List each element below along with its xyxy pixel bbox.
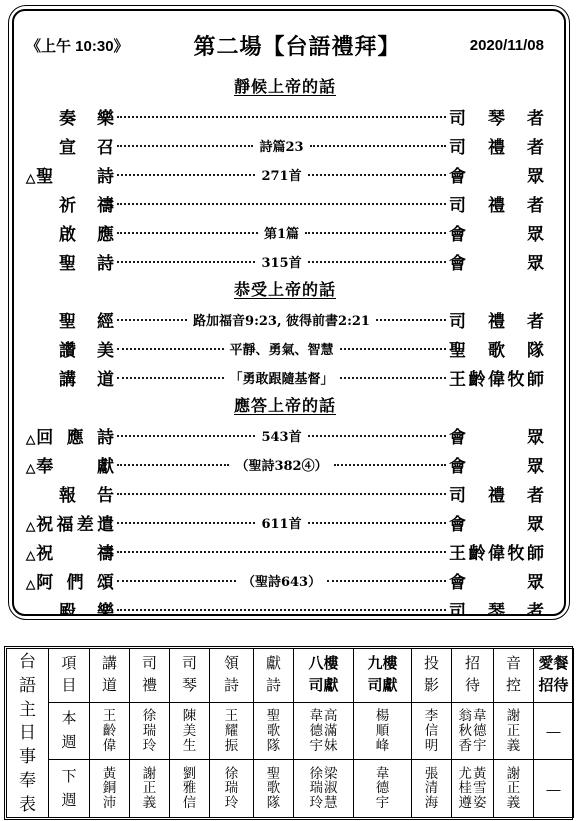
name-char: 德 bbox=[310, 724, 324, 739]
duty-person-name: 徐瑞玲 bbox=[143, 709, 157, 753]
roster-column-header: 九樓司獻 bbox=[354, 649, 412, 703]
assignee-char: 師 bbox=[527, 365, 544, 390]
assignee-char: 禮 bbox=[488, 481, 505, 506]
roster-cell: 謝正義 bbox=[494, 702, 534, 759]
item-char: 樂 bbox=[97, 597, 114, 616]
roster-cell: 王耀振 bbox=[210, 702, 254, 759]
dotted-leader bbox=[117, 203, 446, 205]
side-title-char: 語 bbox=[19, 677, 36, 694]
program-item-assignee: 司禮者 bbox=[449, 307, 544, 332]
item-char: 獻 bbox=[97, 452, 114, 477]
assignee-char: 眾 bbox=[527, 452, 544, 477]
duty-person-name: 張清海 bbox=[425, 767, 439, 811]
program-item-row: △回應詩543首會眾 bbox=[26, 421, 544, 450]
duty-person-name: 韋德宇 bbox=[376, 767, 390, 811]
roster-cell-names: 李信明 bbox=[412, 709, 451, 753]
program-item-annotation: （聖詩643） bbox=[239, 571, 324, 590]
dotted-leader bbox=[117, 232, 258, 234]
name-char: 生 bbox=[183, 739, 197, 754]
roster-column-header: 司琴 bbox=[170, 649, 210, 703]
dotted-leader bbox=[310, 145, 446, 147]
program-item-row: 啟應第1篇會眾 bbox=[26, 218, 544, 247]
name-char: 滿 bbox=[324, 724, 338, 739]
roster-cell: 韋德宇 bbox=[354, 760, 412, 818]
name-char: 義 bbox=[507, 739, 521, 754]
roster-side-title: 台語主日事奉表 bbox=[7, 649, 49, 818]
program-item-title: 讚美 bbox=[26, 336, 114, 361]
program-item-title: △回應詩 bbox=[26, 423, 114, 448]
name-char: 雪 bbox=[473, 781, 487, 796]
assignee-char: 會 bbox=[449, 423, 466, 448]
name-char: 義 bbox=[143, 796, 157, 811]
roster-cell-names: 黃銅沛 bbox=[90, 767, 129, 811]
name-char: 信 bbox=[425, 724, 439, 739]
item-char: 美 bbox=[97, 336, 114, 361]
name-char: 玲 bbox=[225, 796, 239, 811]
assignee-char: 齡 bbox=[469, 365, 486, 390]
program-item-assignee: 司禮者 bbox=[449, 191, 544, 216]
program-sections: 靜候上帝的話奏樂司琴者宣召詩篇23司禮者△聖詩271首會眾祈禱司禮者啟應第1篇會… bbox=[26, 73, 544, 616]
dotted-leader bbox=[117, 145, 253, 147]
assignee-char: 王 bbox=[449, 365, 466, 390]
program-item-annotation: 「勇敢跟隨基督」 bbox=[227, 368, 337, 387]
dotted-leader bbox=[117, 261, 255, 263]
assignee-char: 者 bbox=[527, 133, 544, 158]
program-item-row: 奏樂司琴者 bbox=[26, 102, 544, 131]
dotted-leader bbox=[117, 493, 446, 495]
program-item-annotation: 路加福音9:23, 彼得前書2:21 bbox=[190, 310, 373, 329]
triangle-marker: △ bbox=[26, 577, 35, 591]
name-char: 韋 bbox=[310, 709, 324, 724]
program-item-assignee: 會眾 bbox=[449, 423, 544, 448]
name-char: 清 bbox=[425, 781, 439, 796]
roster-cell: 陳美生 bbox=[170, 702, 210, 759]
name-char: 王 bbox=[225, 709, 239, 724]
item-char: 講 bbox=[59, 365, 76, 390]
roster-cell: 聖歌隊 bbox=[254, 760, 294, 818]
side-title-char: 台 bbox=[19, 653, 36, 670]
program-item-row: 聖詩315首會眾 bbox=[26, 247, 544, 276]
roster-data-row: 下週黃銅沛謝正義劉雅信徐瑞玲聖歌隊徐瑞玲梁淑慧韋德宇張清海尤桂遵黃雪姿謝正義— bbox=[7, 760, 574, 818]
assignee-char: 齡 bbox=[469, 539, 486, 564]
program-item-assignee: 聖歌隊 bbox=[449, 336, 544, 361]
service-title: 第二場【台語禮拜】 bbox=[154, 30, 440, 61]
triangle-marker: △ bbox=[26, 432, 35, 446]
service-time: 《上午 10:30》 bbox=[26, 35, 154, 56]
roster-cell-names: 張清海 bbox=[412, 767, 451, 811]
roster-cell: 徐瑞玲 bbox=[210, 760, 254, 818]
assignee-char: 琴 bbox=[488, 597, 505, 616]
triangle-marker: △ bbox=[26, 171, 35, 185]
item-first-char: △奉 bbox=[26, 452, 53, 477]
program-item-assignee: 會眾 bbox=[449, 568, 544, 593]
assignee-char: 會 bbox=[449, 568, 466, 593]
side-title-char: 表 bbox=[19, 796, 36, 813]
duty-person-name: 李信明 bbox=[425, 709, 439, 753]
duty-person-name: 陳美生 bbox=[183, 709, 197, 753]
dotted-leader bbox=[117, 348, 224, 350]
roster-column-header: 音控 bbox=[494, 649, 534, 703]
program-item-title: △奉獻 bbox=[26, 452, 114, 477]
item-char: 告 bbox=[97, 481, 114, 506]
worship-program-card: 《上午 10:30》 第二場【台語禮拜】 2020/11/08 靜候上帝的話奏樂… bbox=[8, 5, 570, 620]
item-char: 禱 bbox=[97, 539, 114, 564]
name-char: 玲 bbox=[143, 739, 157, 754]
program-item-row: 報告司禮者 bbox=[26, 479, 544, 508]
roster-column-header: 招待 bbox=[452, 649, 494, 703]
item-char: 福 bbox=[56, 510, 73, 535]
assignee-char: 禮 bbox=[488, 191, 505, 216]
name-char: 慧 bbox=[324, 796, 338, 811]
program-item-title: 聖詩 bbox=[26, 249, 114, 274]
assignee-char: 琴 bbox=[488, 104, 505, 129]
side-title-char: 奉 bbox=[19, 772, 36, 789]
name-char: 李 bbox=[425, 709, 439, 724]
program-item-row: △祝禱王齡偉牧師 bbox=[26, 537, 544, 566]
name-char: 正 bbox=[507, 781, 521, 796]
dotted-leader bbox=[308, 174, 446, 176]
program-item-assignee: 會眾 bbox=[449, 162, 544, 187]
roster-row-label: 下週 bbox=[49, 760, 90, 818]
name-char: 宇 bbox=[473, 739, 487, 754]
assignee-char: 禮 bbox=[488, 307, 505, 332]
item-char: 讚 bbox=[59, 336, 76, 361]
item-char: 應 bbox=[67, 423, 84, 448]
program-item-row: 祈禱司禮者 bbox=[26, 189, 544, 218]
program-item-annotation: 271首 bbox=[258, 165, 304, 184]
assignee-char: 會 bbox=[449, 249, 466, 274]
name-char: 美 bbox=[183, 724, 197, 739]
program-item-row: 講道「勇敢跟隨基督」王齡偉牧師 bbox=[26, 363, 544, 392]
program-item-title: 宣召 bbox=[26, 133, 114, 158]
program-item-title: 聖經 bbox=[26, 307, 114, 332]
name-char: 偉 bbox=[103, 739, 117, 754]
name-char: 黃 bbox=[473, 767, 487, 782]
assignee-char: 會 bbox=[449, 510, 466, 535]
program-item-assignee: 王齡偉牧師 bbox=[449, 365, 544, 390]
program-header: 《上午 10:30》 第二場【台語禮拜】 2020/11/08 bbox=[26, 23, 544, 67]
roster-cell-names: 徐瑞玲 bbox=[130, 709, 169, 753]
name-char: 香 bbox=[459, 739, 473, 754]
dotted-leader bbox=[308, 522, 446, 524]
duty-person-name: 劉雅信 bbox=[183, 767, 197, 811]
item-char: 祈 bbox=[59, 191, 76, 216]
dotted-leader bbox=[117, 319, 187, 321]
roster-cell-names: 謝正義 bbox=[130, 767, 169, 811]
dotted-leader bbox=[117, 377, 224, 379]
name-char: 王 bbox=[103, 709, 117, 724]
program-item-row: 聖經路加福音9:23, 彼得前書2:21司禮者 bbox=[26, 305, 544, 334]
roster-cell-names: 韋德宇高滿妹 bbox=[294, 709, 353, 753]
program-item-annotation: 第1篇 bbox=[261, 223, 302, 242]
name-char: 順 bbox=[376, 724, 390, 739]
program-item-assignee: 司琴者 bbox=[449, 597, 544, 616]
program-item-title: △阿們頌 bbox=[26, 568, 114, 593]
section-header: 靜候上帝的話 bbox=[26, 73, 544, 102]
assignee-char: 者 bbox=[527, 191, 544, 216]
duty-person-name: 翁秋香 bbox=[459, 709, 473, 753]
item-first-char: △聖 bbox=[26, 162, 53, 187]
assignee-char: 者 bbox=[527, 104, 544, 129]
name-char: 遵 bbox=[459, 796, 473, 811]
dotted-leader bbox=[117, 116, 446, 118]
side-title-char: 主 bbox=[19, 701, 36, 718]
program-item-title: 啟應 bbox=[26, 220, 114, 245]
item-char: 應 bbox=[97, 220, 114, 245]
dotted-leader bbox=[117, 464, 229, 466]
item-char: 詩 bbox=[97, 423, 114, 448]
worship-program-card-inner: 《上午 10:30》 第二場【台語禮拜】 2020/11/08 靜候上帝的話奏樂… bbox=[12, 9, 566, 616]
program-item-title: 殿樂 bbox=[26, 597, 114, 616]
duty-person-name: 謝正義 bbox=[143, 767, 157, 811]
duty-person-name: 黃雪姿 bbox=[473, 767, 487, 811]
triangle-marker: △ bbox=[26, 519, 35, 533]
roster-cell: 韋德宇高滿妹 bbox=[294, 702, 354, 759]
assignee-char: 眾 bbox=[527, 249, 544, 274]
side-title-char: 事 bbox=[19, 748, 36, 765]
roster-cell-names: 翁秋香韋德宇 bbox=[452, 709, 493, 753]
name-char: 妹 bbox=[324, 739, 338, 754]
name-char: 耀 bbox=[225, 724, 239, 739]
item-char: 差 bbox=[77, 510, 94, 535]
item-char: 禱 bbox=[97, 191, 114, 216]
name-char: 聖 bbox=[267, 767, 281, 782]
name-char: 銅 bbox=[103, 781, 117, 796]
roster-cell: 李信明 bbox=[412, 702, 452, 759]
name-char: 歌 bbox=[267, 724, 281, 739]
item-first-char: △回 bbox=[26, 423, 53, 448]
name-char: 劉 bbox=[183, 767, 197, 782]
program-item-assignee: 會眾 bbox=[449, 220, 544, 245]
item-first-char: △祝 bbox=[26, 539, 53, 564]
name-char: 宇 bbox=[310, 739, 324, 754]
program-item-row: △奉獻（聖詩382④）會眾 bbox=[26, 450, 544, 479]
roster-column-header: 愛餐招待 bbox=[534, 649, 574, 703]
assignee-char: 眾 bbox=[527, 220, 544, 245]
duty-person-name: 謝正義 bbox=[507, 709, 521, 753]
roster-column-header: 八樓司獻 bbox=[294, 649, 354, 703]
item-char: 宣 bbox=[59, 133, 76, 158]
roster-cell: 王齡偉 bbox=[90, 702, 130, 759]
dotted-leader bbox=[117, 435, 255, 437]
roster-cell-names: 徐瑞玲梁淑慧 bbox=[294, 767, 353, 811]
program-item-annotation: （聖詩382④） bbox=[232, 455, 330, 474]
name-char: 正 bbox=[507, 724, 521, 739]
assignee-char: 牧 bbox=[508, 365, 525, 390]
assignee-char: 偉 bbox=[488, 365, 505, 390]
dotted-leader bbox=[327, 580, 446, 582]
item-char: 召 bbox=[97, 133, 114, 158]
dotted-leader bbox=[305, 232, 446, 234]
program-item-row: 殿樂司琴者 bbox=[26, 595, 544, 616]
assignee-char: 眾 bbox=[527, 162, 544, 187]
name-char: 宇 bbox=[376, 796, 390, 811]
roster-cell-names: 聖歌隊 bbox=[254, 709, 293, 753]
roster-cell-names: 王齡偉 bbox=[90, 709, 129, 753]
duty-person-name: 尤桂遵 bbox=[459, 767, 473, 811]
roster-cell-names: 王耀振 bbox=[210, 709, 253, 753]
name-char: 玲 bbox=[310, 796, 324, 811]
name-char: 黃 bbox=[103, 767, 117, 782]
duty-person-name: 王耀振 bbox=[225, 709, 239, 753]
section-header: 恭受上帝的話 bbox=[26, 276, 544, 305]
name-char: 瑞 bbox=[310, 781, 324, 796]
name-char: 瑞 bbox=[225, 781, 239, 796]
item-char: 道 bbox=[97, 365, 114, 390]
name-char: 正 bbox=[143, 781, 157, 796]
program-item-row: 宣召詩篇23司禮者 bbox=[26, 131, 544, 160]
duty-person-name: 聖歌隊 bbox=[267, 767, 281, 811]
duty-person-name: 謝正義 bbox=[507, 767, 521, 811]
program-item-annotation: 平靜、勇氣、智慧 bbox=[227, 339, 337, 358]
roster-corner-header: 項目 bbox=[49, 649, 90, 703]
roster-data-row: 本週王齡偉徐瑞玲陳美生王耀振聖歌隊韋德宇高滿妹楊順峰李信明翁秋香韋德宇謝正義— bbox=[7, 702, 574, 759]
name-char: 明 bbox=[425, 739, 439, 754]
item-char: 樂 bbox=[97, 104, 114, 129]
assignee-char: 偉 bbox=[488, 539, 505, 564]
name-char: 秋 bbox=[459, 724, 473, 739]
program-item-assignee: 司琴者 bbox=[449, 104, 544, 129]
roster-column-header: 領詩 bbox=[210, 649, 254, 703]
program-item-assignee: 會眾 bbox=[449, 249, 544, 274]
name-char: 齡 bbox=[103, 724, 117, 739]
bulletin-page: 《上午 10:30》 第二場【台語禮拜】 2020/11/08 靜候上帝的話奏樂… bbox=[0, 0, 577, 821]
program-item-row: △聖詩271首會眾 bbox=[26, 160, 544, 189]
roster-cell-names: 聖歌隊 bbox=[254, 767, 293, 811]
roster-cell-names: 陳美生 bbox=[170, 709, 209, 753]
duty-person-name: 聖歌隊 bbox=[267, 709, 281, 753]
duty-person-name: 黃銅沛 bbox=[103, 767, 117, 811]
roster-cell: 黃銅沛 bbox=[90, 760, 130, 818]
name-char: 振 bbox=[225, 739, 239, 754]
name-char: 陳 bbox=[183, 709, 197, 724]
program-item-title: △祝福差遣 bbox=[26, 510, 114, 535]
assignee-char: 司 bbox=[449, 307, 466, 332]
assignee-char: 隊 bbox=[527, 336, 544, 361]
item-first-char: △祝 bbox=[26, 510, 53, 535]
dotted-leader bbox=[308, 435, 446, 437]
item-char: 聖 bbox=[59, 307, 76, 332]
item-char: 聖 bbox=[59, 249, 76, 274]
dotted-leader bbox=[117, 551, 446, 553]
section-header-text: 恭受上帝的話 bbox=[234, 282, 336, 299]
dotted-leader bbox=[117, 522, 255, 524]
assignee-char: 歌 bbox=[488, 336, 505, 361]
program-item-title: 奏樂 bbox=[26, 104, 114, 129]
dotted-leader bbox=[334, 464, 446, 466]
section-header-text: 應答上帝的話 bbox=[234, 398, 336, 415]
dotted-leader bbox=[308, 261, 446, 263]
name-char: 韋 bbox=[376, 767, 390, 782]
assignee-char: 聖 bbox=[449, 336, 466, 361]
assignee-char: 司 bbox=[449, 133, 466, 158]
item-char: 經 bbox=[97, 307, 114, 332]
program-item-assignee: 司禮者 bbox=[449, 481, 544, 506]
triangle-marker: △ bbox=[26, 461, 35, 475]
name-char: 峰 bbox=[376, 739, 390, 754]
duty-person-name: 楊順峰 bbox=[376, 709, 390, 753]
roster-cell: 聖歌隊 bbox=[254, 702, 294, 759]
name-char: 海 bbox=[425, 796, 439, 811]
item-char: 遣 bbox=[97, 510, 114, 535]
duty-person-name: 高滿妹 bbox=[324, 709, 338, 753]
roster-header-row: 台語主日事奉表項目講道司禮司琴領詩獻詩八樓司獻九樓司獻投影招待音控愛餐招待 bbox=[7, 649, 574, 703]
name-char: 雅 bbox=[183, 781, 197, 796]
triangle-marker: △ bbox=[26, 548, 35, 562]
roster-cell-names: 楊順峰 bbox=[354, 709, 411, 753]
roster-cell: 楊順峰 bbox=[354, 702, 412, 759]
roster-cell: — bbox=[534, 760, 574, 818]
item-first-char: △阿 bbox=[26, 568, 53, 593]
program-item-title: 講道 bbox=[26, 365, 114, 390]
assignee-char: 會 bbox=[449, 162, 466, 187]
assignee-char: 眾 bbox=[527, 510, 544, 535]
section-header: 應答上帝的話 bbox=[26, 392, 544, 421]
name-char: 沛 bbox=[103, 796, 117, 811]
program-item-assignee: 王齡偉牧師 bbox=[449, 539, 544, 564]
program-item-title: △聖詩 bbox=[26, 162, 114, 187]
duty-person-name: 梁淑慧 bbox=[324, 767, 338, 811]
program-item-assignee: 會眾 bbox=[449, 510, 544, 535]
assignee-char: 會 bbox=[449, 452, 466, 477]
duty-roster-table: 台語主日事奉表項目講道司禮司琴領詩獻詩八樓司獻九樓司獻投影招待音控愛餐招待本週王… bbox=[4, 646, 573, 820]
assignee-char: 王 bbox=[449, 539, 466, 564]
name-char: 隊 bbox=[267, 796, 281, 811]
name-char: 梁 bbox=[324, 767, 338, 782]
roster-row-label: 本週 bbox=[49, 702, 90, 759]
roster-column-header: 投影 bbox=[412, 649, 452, 703]
name-char: 徐 bbox=[143, 709, 157, 724]
program-item-title: 祈禱 bbox=[26, 191, 114, 216]
item-char: 頌 bbox=[97, 568, 114, 593]
side-title-char: 日 bbox=[19, 724, 36, 741]
program-item-row: △阿們頌（聖詩643）會眾 bbox=[26, 566, 544, 595]
roster-cell: 謝正義 bbox=[494, 760, 534, 818]
name-char: 楊 bbox=[376, 709, 390, 724]
dotted-leader bbox=[340, 377, 447, 379]
name-char: 淑 bbox=[324, 781, 338, 796]
name-char: 瑞 bbox=[143, 724, 157, 739]
program-item-annotation: 611首 bbox=[258, 513, 304, 532]
service-date: 2020/11/08 bbox=[440, 37, 544, 54]
name-char: 歌 bbox=[267, 781, 281, 796]
assignee-char: 司 bbox=[449, 191, 466, 216]
program-item-annotation: 詩篇23 bbox=[256, 136, 306, 155]
roster-cell: — bbox=[534, 702, 574, 759]
program-item-row: △祝福差遣611首會眾 bbox=[26, 508, 544, 537]
item-char: 報 bbox=[59, 481, 76, 506]
name-char: 德 bbox=[473, 724, 487, 739]
assignee-char: 會 bbox=[449, 220, 466, 245]
program-item-annotation: 543首 bbox=[258, 426, 304, 445]
duty-person-name: 韋德宇 bbox=[310, 709, 324, 753]
name-char: 張 bbox=[425, 767, 439, 782]
dotted-leader bbox=[117, 174, 255, 176]
assignee-char: 者 bbox=[527, 481, 544, 506]
roster-column-header: 司禮 bbox=[130, 649, 170, 703]
name-char: 隊 bbox=[267, 739, 281, 754]
item-char: 殿 bbox=[59, 597, 76, 616]
assignee-char: 眾 bbox=[527, 568, 544, 593]
program-item-title: 報告 bbox=[26, 481, 114, 506]
dotted-leader bbox=[340, 348, 447, 350]
name-char: 德 bbox=[376, 781, 390, 796]
assignee-char: 師 bbox=[527, 539, 544, 564]
roster-cell-names: 徐瑞玲 bbox=[210, 767, 253, 811]
name-char: 韋 bbox=[473, 709, 487, 724]
roster-column-header: 獻詩 bbox=[254, 649, 294, 703]
roster-cell: 翁秋香韋德宇 bbox=[452, 702, 494, 759]
